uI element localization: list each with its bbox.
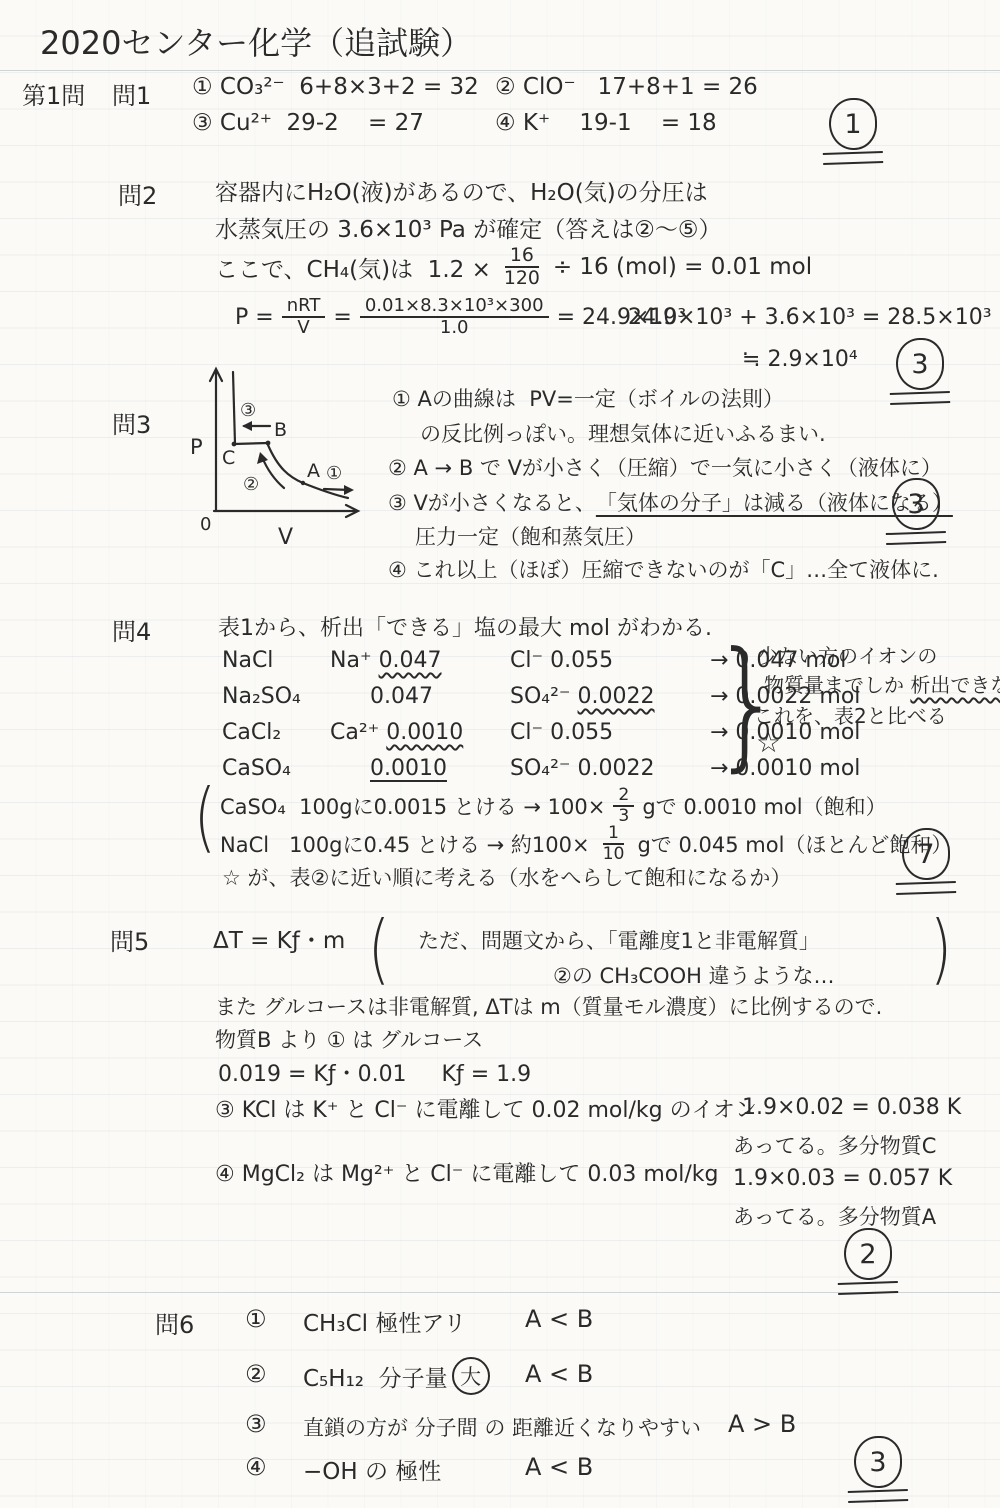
answer-badge-q5: 2 (838, 1228, 898, 1294)
q5-check-a-note: あってる。多分物質A (733, 1201, 936, 1231)
q1-dai-label: 第1問 (22, 76, 85, 111)
ion-amount: SO₄²⁻ 0.0022 (510, 684, 710, 709)
salt-name: Na₂SO₄ (222, 684, 330, 709)
q1-item-2: ② ClO⁻ 17+8+1 = 26 (495, 74, 758, 100)
q6-row-1-text: CH₃Cl 極性アリ (303, 1305, 466, 1338)
q5-check-a-equation: 1.9×0.03 = 0.057 K (733, 1166, 952, 1191)
page-title: 2020センター化学（追試験） (40, 18, 472, 64)
q5-kcl-line: ③ KCl は K⁺ と Cl⁻ に電離して 0.02 mol/kg のイオン (215, 1093, 757, 1124)
point-label-a: A (307, 460, 320, 482)
q5-line-2: また グルコースは非電解質, ΔTは m（質量モル濃度）に比例するので. (215, 991, 882, 1021)
q2-line-3: ここで、CH₄(気)は 1.2 × 16120 ÷ 16 (mol) = 0.0… (215, 245, 812, 289)
notebook-page: 2020センター化学（追試験） 第1問 問1 ① CO₃²⁻ 6+8×3+2 =… (0, 0, 1000, 1508)
q5-label: 問5 (110, 922, 149, 957)
q1-item-4: ④ K⁺ 19-1 = 18 (495, 110, 717, 136)
circled-dai: 大 (452, 1357, 490, 1395)
q5-paren-note-1: ただ、問題文から、「電離度1と非電解質」 (418, 925, 820, 955)
q2-rounded-result: ≒ 2.9×10⁴ (742, 347, 858, 372)
axis-label-p: P (190, 435, 203, 459)
q2-label: 問2 (118, 176, 157, 211)
star-icon: ☆ (756, 726, 781, 759)
curve-marker-1: ① (326, 463, 342, 484)
q4-side-note-2: 物質量までしか 析出できない (764, 669, 1000, 698)
answer-badge-q1: 1 (823, 98, 883, 164)
q2-line-1: 容器内にH₂O(液)があるので、H₂O(気)の分圧は (215, 174, 708, 207)
q5-paren-close: ) (930, 912, 952, 988)
q5-paren-open: ( (368, 912, 390, 988)
curve-marker-2: ② (243, 474, 259, 495)
q5-line-3: 物質B より ① は グルコース (215, 1024, 483, 1054)
q6-row-1-num: ① (245, 1305, 267, 1333)
ion-amount: Na⁺ 0.047 (330, 648, 510, 673)
curve-marker-3: ③ (240, 400, 256, 421)
q3-note-5: 圧力一定（飽和蒸気圧） (415, 521, 646, 551)
answer-badge-q2: 3 (890, 338, 950, 404)
q1-mon-label: 問1 (112, 76, 151, 111)
q5-mgcl2-line: ④ MgCl₂ は Mg²⁺ と Cl⁻ に電離して 0.03 mol/kg (215, 1157, 718, 1188)
q5-kf-equation: 0.019 = Kƒ・0.01 Kƒ = 1.9 (218, 1057, 531, 1088)
q6-row-4-compare: A < B (525, 1453, 593, 1481)
ion-amount: Cl⁻ 0.055 (510, 648, 710, 673)
q3-note-1: ① Aの曲線は PV=一定（ボイルの法則） (392, 383, 784, 413)
q3-label: 問3 (112, 405, 151, 440)
q3-note-6: ④ これ以上（ほぼ）圧縮できないのが「C」…全て液体に. (388, 554, 939, 584)
origin-label: 0 (200, 514, 211, 535)
q6-row-3-num: ③ (245, 1410, 267, 1438)
fraction: 23 (613, 786, 634, 827)
q2-sum-equation: 24.9×10³ + 3.6×10³ = 28.5×10³ (628, 305, 992, 330)
fraction: 0.01×8.3×10³×3001.0 (360, 296, 549, 338)
salt-name: CaCl₂ (222, 720, 330, 745)
q1-item-3: ③ Cu²⁺ 29-2 = 27 (192, 110, 424, 136)
ion-amount: 0.047 (330, 684, 510, 709)
q4-conclusion-line: ☆ が、表②に近い順に考える（水をへらして飽和になるか） (222, 862, 791, 892)
point-label-c: C (222, 447, 235, 469)
axis-label-v: V (278, 525, 293, 550)
q4-side-note-3: これを、表2と比べる (754, 700, 947, 729)
q6-row-1-compare: A < B (525, 1305, 593, 1333)
q5-formula: ΔT = Kƒ・m (213, 922, 345, 955)
q6-row-2-compare: A < B (525, 1360, 593, 1388)
q6-row-4-text: −OH の 極性 (303, 1453, 441, 1486)
fraction: nRTV (282, 296, 326, 338)
notebook-rule (0, 70, 1000, 71)
q6-row-4-num: ④ (245, 1453, 267, 1481)
q1-item-1: ① CO₃²⁻ 6+8×3+2 = 32 (192, 74, 479, 100)
q4-saturation-line-1: CaSO₄ 100gに0.0015 とける → 100× 23 gで 0.001… (220, 786, 887, 827)
ion-amount: SO₄²⁻ 0.0022 (510, 756, 710, 781)
q4-heading: 表1から、析出「できる」塩の最大 mol がわかる. (218, 611, 712, 642)
ion-amount: Cl⁻ 0.055 (510, 720, 710, 745)
q5-check-c-equation: 1.9×0.02 = 0.038 K (742, 1095, 961, 1120)
q5-paren-note-2: ②の CH₃COOH 違うような… (553, 960, 835, 990)
q2-pressure-equation: P = nRTV = 0.01×8.3×10³×3001.0 = 24.9×10… (235, 296, 686, 338)
saturation-paren: ( (194, 780, 216, 856)
ion-amount: 0.0010 (330, 756, 510, 781)
fraction: 16120 (499, 245, 545, 289)
q2-line-2: 水蒸気圧の 3.6×10³ Pa が確定（答えは②〜⑤） (215, 211, 721, 244)
q3-note-4: ③ Vが小さくなると、「気体の分子」は減る（液体になる） (388, 487, 953, 517)
salt-name: CaSO₄ (222, 756, 330, 781)
q6-row-3-text: 直鎖の方が 分子間 の 距離近くなりやすい (303, 1412, 701, 1442)
answer-badge-q6: 3 (848, 1436, 908, 1502)
salt-name: NaCl (222, 648, 330, 673)
point-label-b: B (274, 419, 287, 441)
q4-label: 問4 (112, 612, 151, 647)
answer-badge-q3: 3 (886, 478, 946, 544)
fraction: 110 (598, 824, 630, 865)
ion-amount: Ca²⁺ 0.0010 (330, 720, 510, 745)
q3-note-3: ② A → B で Vが小さく（圧縮）で一気に小さく（液体に） (388, 452, 942, 482)
q4-saturation-line-2: NaCl 100gに0.45 とける → 約100× 110 gで 0.045 … (220, 824, 952, 865)
answer-badge-q4: 7 (896, 828, 956, 894)
q6-row-3-compare: A > B (728, 1410, 796, 1438)
q5-check-c-note: あってる。多分物質C (733, 1130, 936, 1160)
q6-label: 問6 (155, 1305, 194, 1340)
q6-row-2-text: C₅H₁₂ 分子量 大 (303, 1357, 490, 1395)
q4-side-note-1: 少ない方のイオンの (758, 640, 937, 669)
q6-row-2-num: ② (245, 1360, 267, 1388)
q3-note-2: の反比例っぽい。理想気体に近いふるまい. (420, 418, 826, 448)
pv-graph: P 0 V C B A ① ② ③ (186, 356, 381, 556)
